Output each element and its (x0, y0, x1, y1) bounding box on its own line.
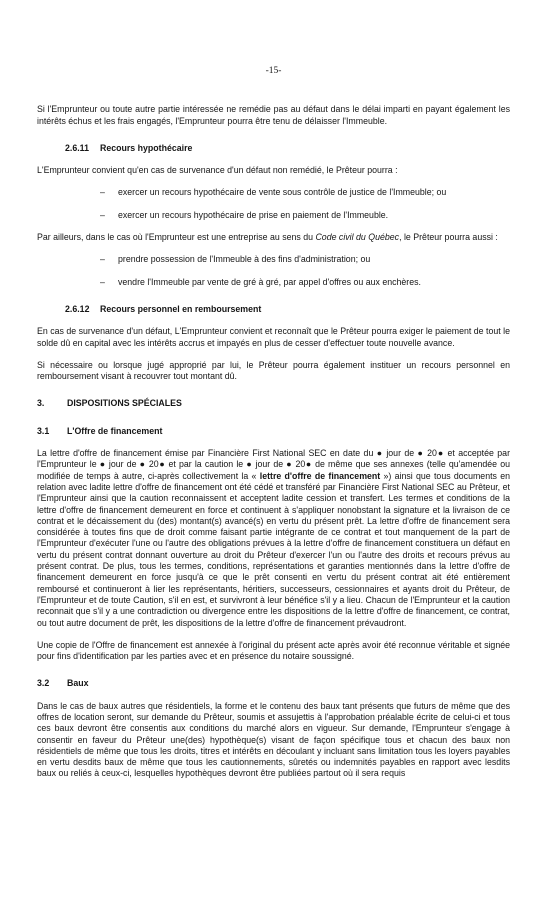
section-number: 3. (37, 398, 67, 409)
list-item-vente-gre: – vendre l'Immeuble par vente de gré à g… (100, 277, 510, 288)
paragraph-text: ») ainsi que tous documents en relation … (37, 471, 510, 628)
paragraph-offre-financement: La lettre d'offre de financement émise p… (37, 448, 510, 629)
section-heading-3: 3.DISPOSITIONS SPÉCIALES (37, 398, 510, 409)
section-heading-2-6-12: 2.6.12Recours personnel en remboursement (65, 304, 510, 315)
dash-bullet: – (100, 254, 105, 265)
list-item-text: exercer un recours hypothécaire de vente… (118, 187, 446, 197)
paragraph-solde-du: En cas de survenance d'un défaut, L'Empr… (37, 326, 510, 349)
paragraph-copie-offre: Une copie de l'Offre de financement est … (37, 640, 510, 663)
defined-term-lettre-offre: lettre d'offre de financement (260, 471, 380, 481)
paragraph-recours-intro: L'Emprunteur convient qu'en cas de surve… (37, 165, 510, 176)
paragraph-baux: Dans le cas de baux autres que résidenti… (37, 701, 510, 780)
section-number: 3.2 (37, 678, 67, 689)
paragraph-text: , le Prêteur pourra aussi : (399, 232, 498, 242)
dash-bullet: – (100, 277, 105, 288)
section-heading-3-1: 3.1L'Offre de financement (37, 426, 510, 437)
list-item-text: exercer un recours hypothécaire de prise… (118, 210, 388, 220)
page-number: -15- (37, 66, 510, 77)
paragraph-default-remedy: Si l'Emprunteur ou toute autre partie in… (37, 104, 510, 127)
paragraph-entreprise: Par ailleurs, dans le cas où l'Emprunteu… (37, 232, 510, 243)
paragraph-text: Par ailleurs, dans le cas où l'Emprunteu… (37, 232, 315, 242)
section-number: 2.6.11 (65, 143, 100, 154)
list-item-recours-prise: – exercer un recours hypothécaire de pri… (100, 210, 510, 221)
paragraph-recours-personnel: Si nécessaire ou lorsque jugé approprié … (37, 360, 510, 383)
section-title: Recours hypothécaire (100, 143, 192, 153)
list-item-recours-vente: – exercer un recours hypothécaire de ven… (100, 187, 510, 198)
list-item-possession: – prendre possession de l'Immeuble à des… (100, 254, 510, 265)
section-number: 2.6.12 (65, 304, 100, 315)
section-title: DISPOSITIONS SPÉCIALES (67, 398, 182, 408)
dash-bullet: – (100, 210, 105, 221)
section-title: Recours personnel en remboursement (100, 304, 261, 314)
section-heading-2-6-11: 2.6.11Recours hypothécaire (65, 143, 510, 154)
section-title: L'Offre de financement (67, 426, 162, 436)
section-number: 3.1 (37, 426, 67, 437)
document-page: -15- Si l'Emprunteur ou toute autre part… (0, 0, 547, 900)
dash-bullet: – (100, 187, 105, 198)
section-heading-3-2: 3.2Baux (37, 678, 510, 689)
list-item-text: prendre possession de l'Immeuble à des f… (118, 254, 370, 264)
code-civil-citation: Code civil du Québec (315, 232, 399, 242)
section-title: Baux (67, 678, 89, 688)
list-item-text: vendre l'Immeuble par vente de gré à gré… (118, 277, 421, 287)
